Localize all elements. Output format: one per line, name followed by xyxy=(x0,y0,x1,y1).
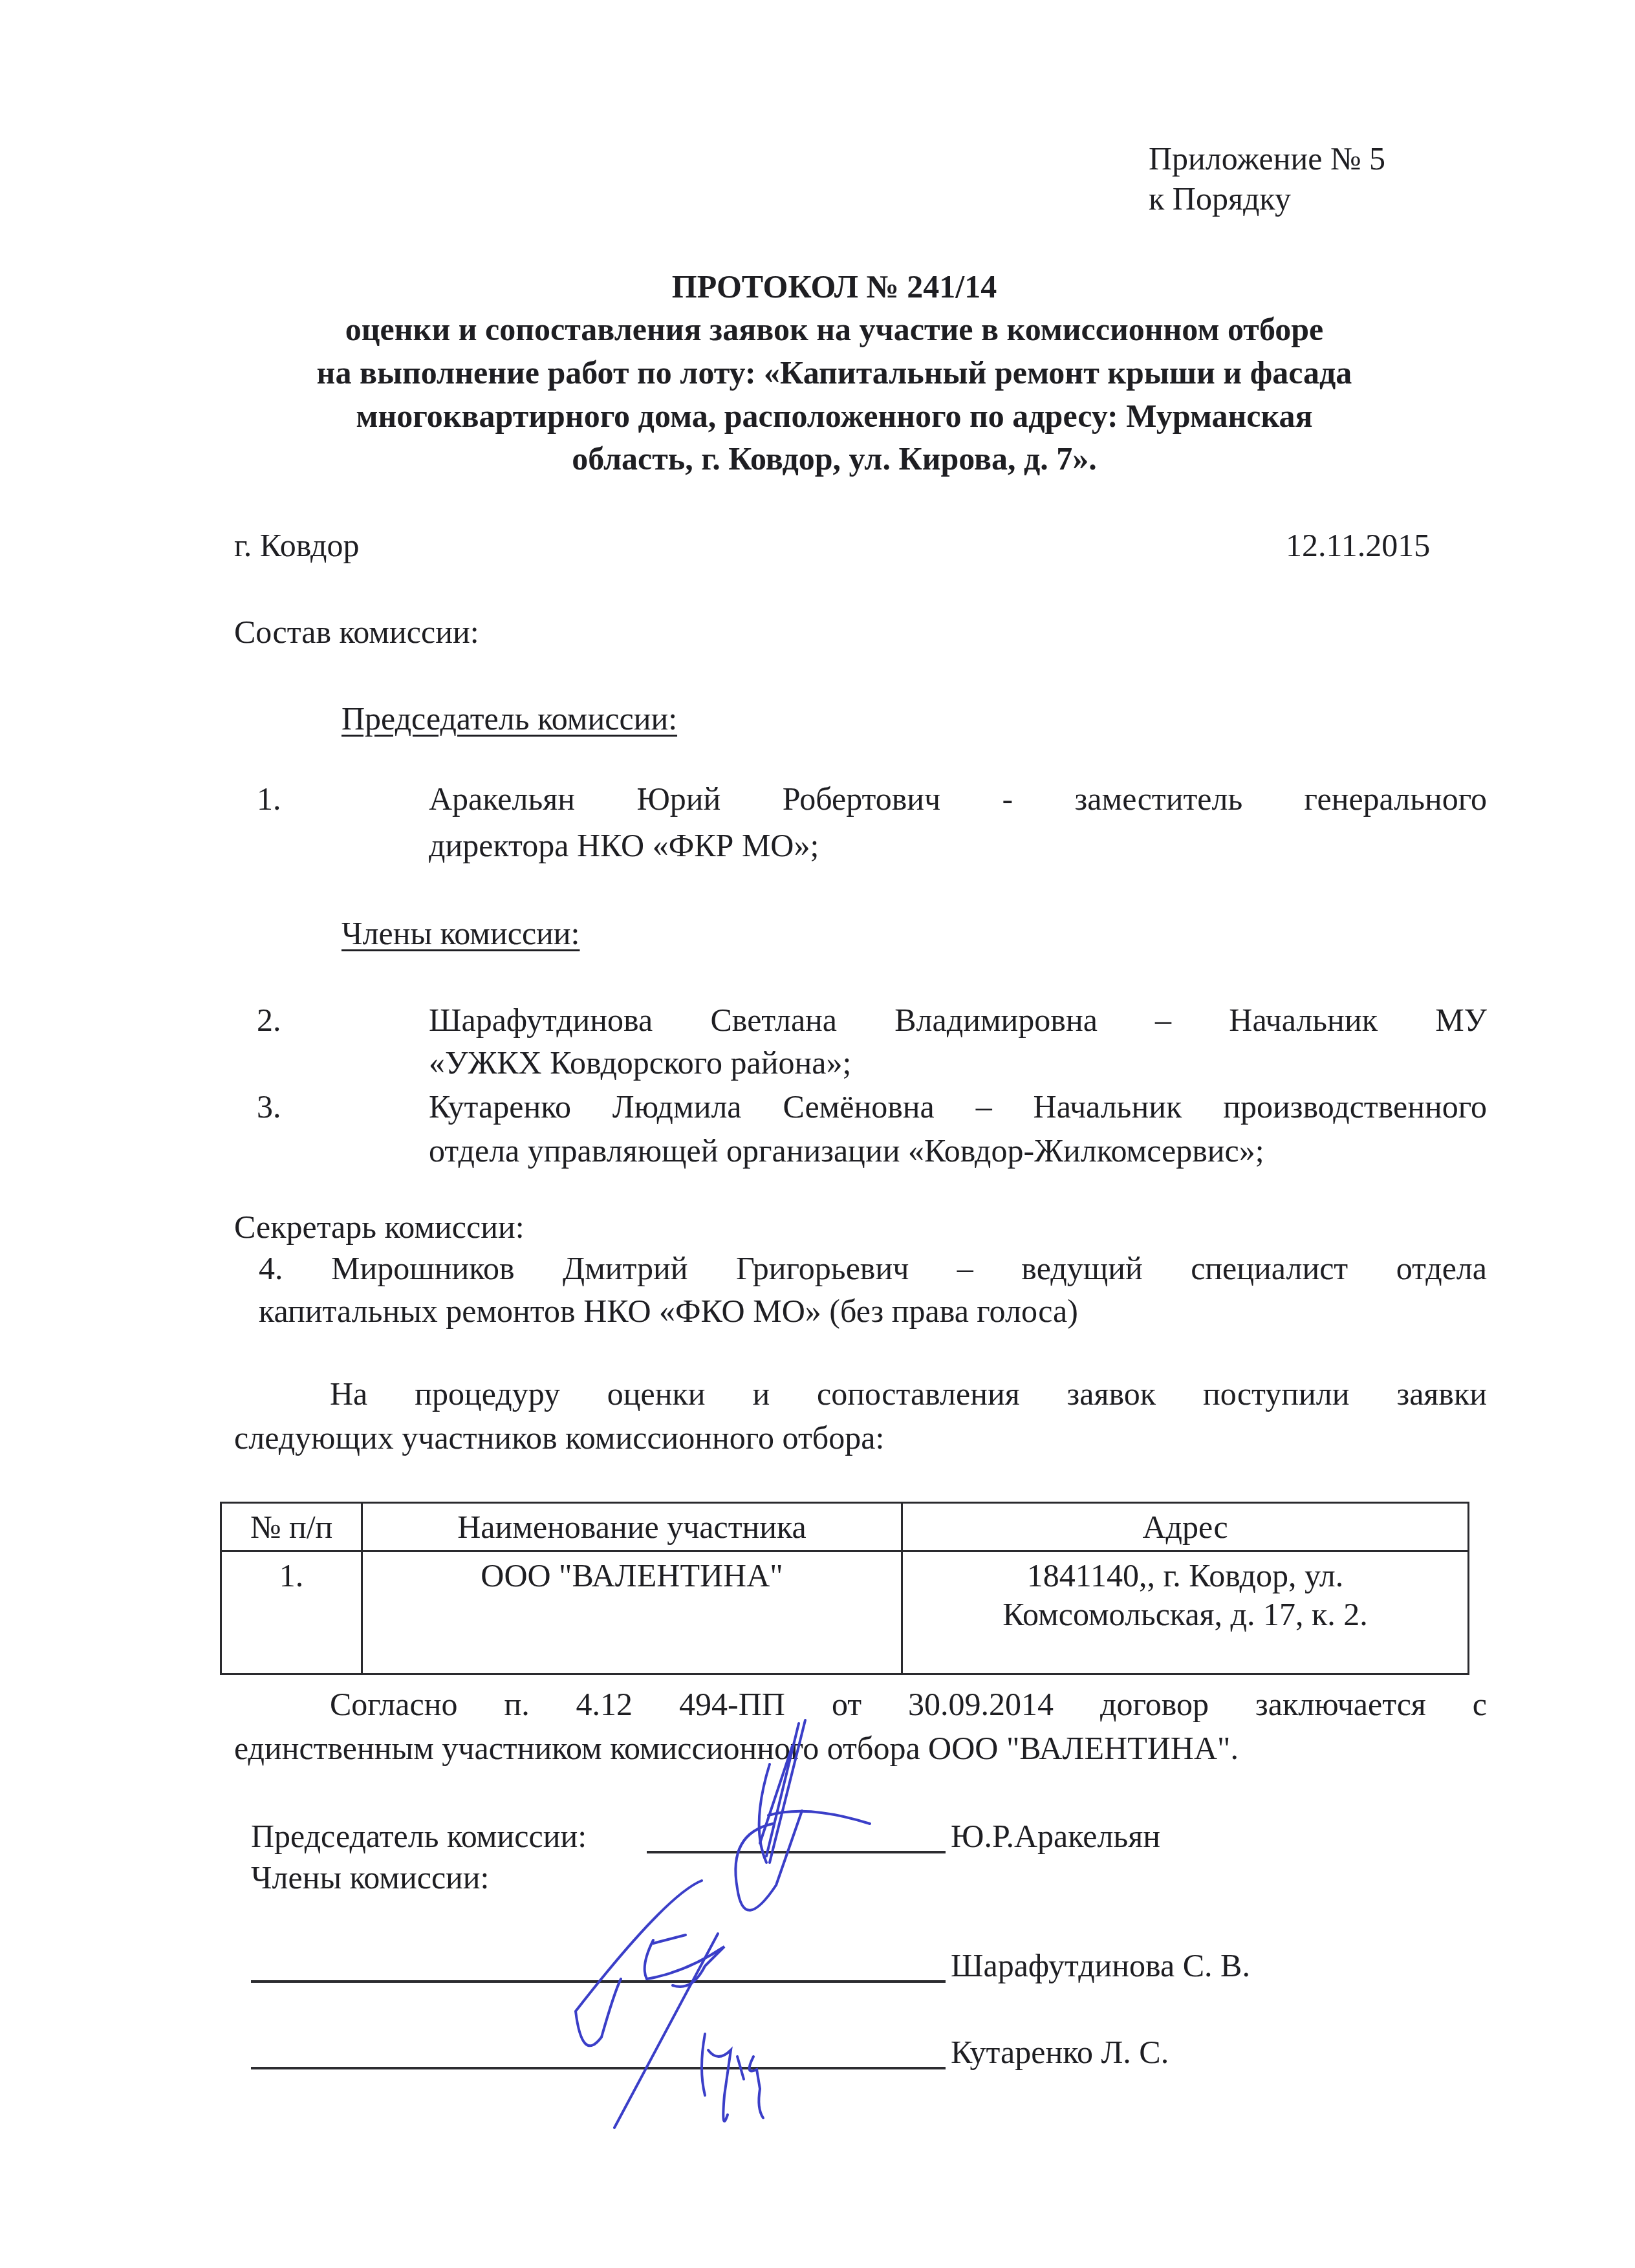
handwritten-signatures-icon xyxy=(0,0,1635,2268)
